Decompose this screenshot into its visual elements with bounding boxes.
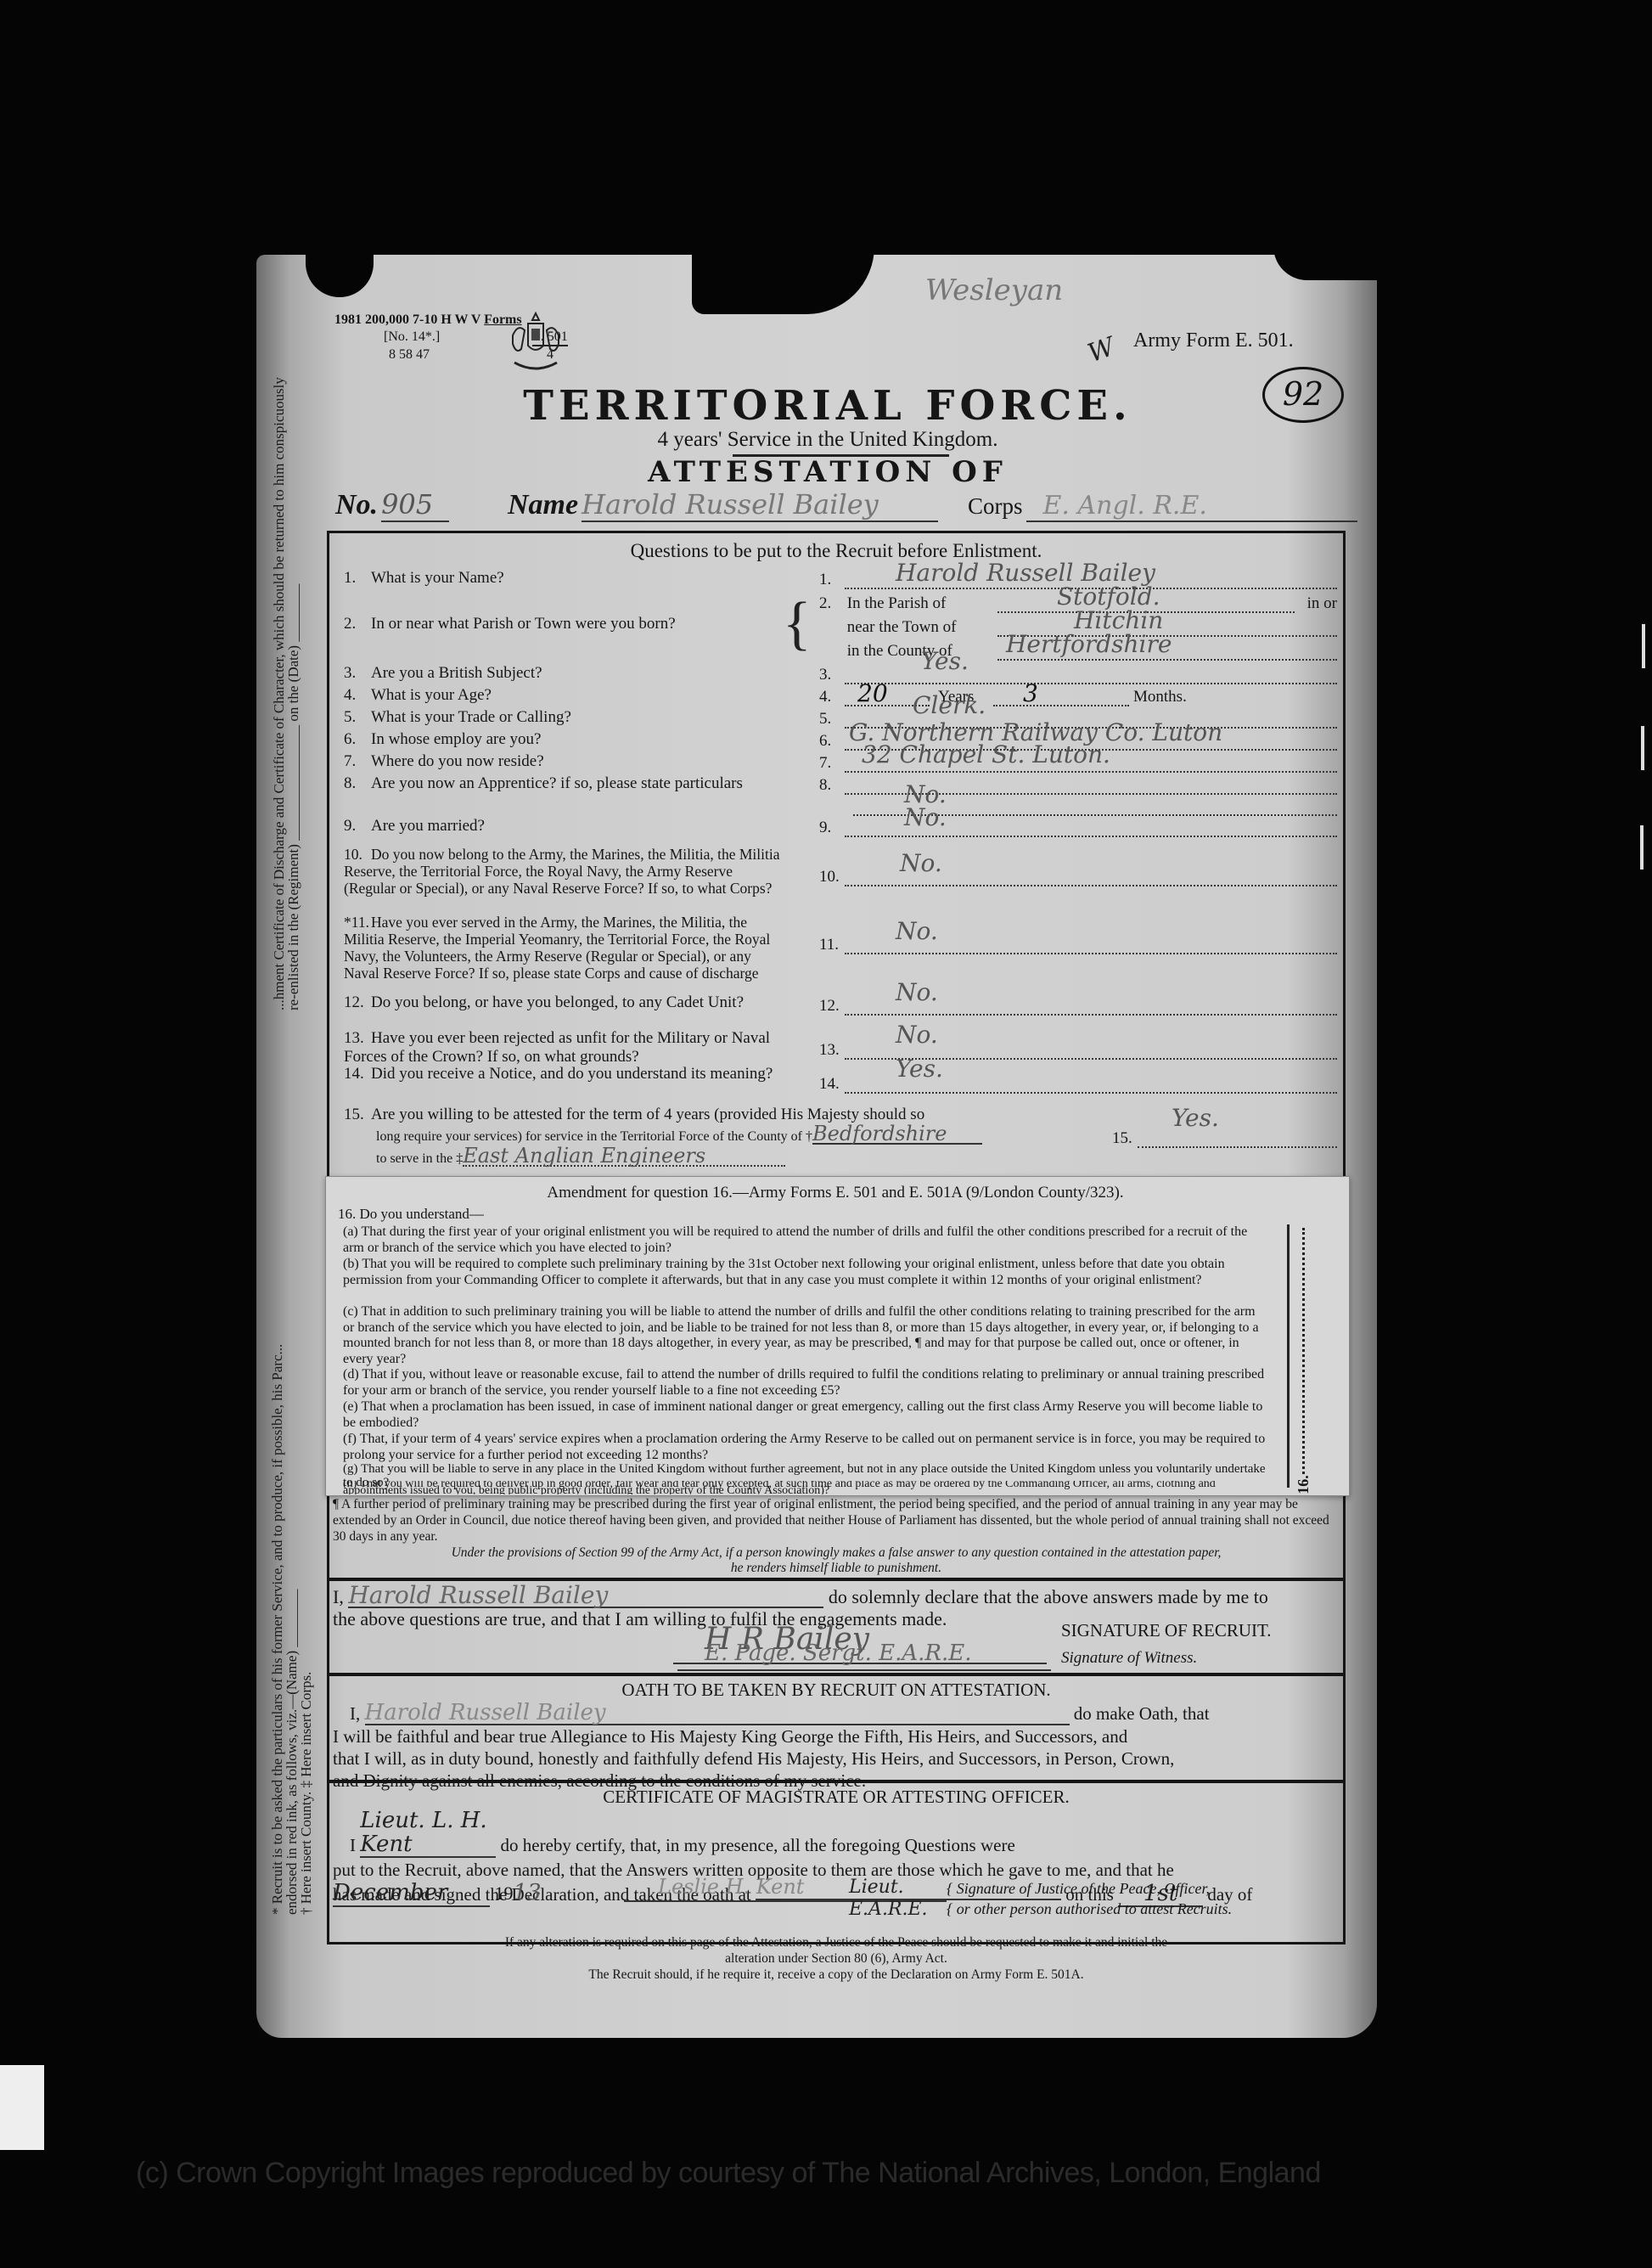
- section-rule: [327, 1780, 1346, 1783]
- copyright-watermark: (c) Crown Copyright Images reproduced by…: [136, 2157, 1321, 2190]
- amendment-item-a: (a) That during the first year of your o…: [343, 1224, 1268, 1256]
- oath-heading: OATH TO BE TAKEN BY RECRUIT ON ATTESTATI…: [327, 1680, 1346, 1701]
- question-10: 10.Do you now belong to the Army, the Ma…: [344, 846, 785, 897]
- oath-text: I, Harold Russell Bailey do make Oath, t…: [333, 1702, 1339, 1792]
- scan-marker: [1642, 624, 1645, 668]
- answer-12: 12.No.: [819, 997, 1337, 1016]
- question-7: 7.Where do you now reside?: [344, 752, 785, 771]
- print-code: 1981 200,000 7-10 H W V Forms: [334, 312, 522, 328]
- question-8: 8.Are you now an Apprentice? if so, plea…: [344, 774, 785, 793]
- amendment-dotted-answer: [1302, 1228, 1305, 1474]
- form-subtitle: 4 years' Service in the United Kingdom.: [340, 428, 1316, 452]
- answer-7: 7.32 Chapel St. Luton.: [819, 754, 1337, 773]
- answer-3: 3.Yes.: [819, 666, 1337, 684]
- witness-signature-line: [677, 1669, 1051, 1671]
- torn-edge: [1273, 246, 1384, 280]
- footnote-paragraph: ¶ A further period of preliminary traini…: [333, 1496, 1339, 1545]
- false-answer-warning: Under the provisions of Section 99 of th…: [327, 1545, 1346, 1576]
- amendment-item-c: (c) That in addition to such preliminary…: [343, 1304, 1268, 1367]
- question-4: 4.What is your Age?: [344, 686, 785, 705]
- bottom-notes: If any alteration is required on this pa…: [327, 1934, 1346, 1983]
- print-date: 8 58 47: [389, 347, 430, 363]
- officer-signature: Leslie H. Kent: [658, 1875, 804, 1899]
- answer-2-county: in the County of Hertfordshire: [819, 642, 1337, 661]
- answer-10: 10.No.: [819, 868, 1337, 886]
- question-3: 3.Are you a British Subject?: [344, 664, 785, 683]
- amendment-heading: Amendment for question 16.—Army Forms E.…: [326, 1184, 1345, 1202]
- brace: {: [783, 594, 812, 654]
- question-2: 2.In or near what Parish or Town were yo…: [344, 615, 785, 633]
- certificate-heading: CERTIFICATE OF MAGISTRATE OR ATTESTING O…: [327, 1787, 1346, 1808]
- answer-4: 4. 20 Years 3 Months.: [819, 688, 1337, 706]
- calibration-tag: [0, 2065, 44, 2150]
- answer-15: 15. Yes.: [1112, 1129, 1337, 1148]
- form-title: TERRITORIAL FORCE.: [340, 382, 1316, 430]
- answer-11: 11.No.: [819, 936, 1337, 954]
- answer-9: 9.No.: [819, 819, 1337, 837]
- royal-coat-of-arms-icon: [509, 310, 562, 376]
- question-5: 5.What is your Trade or Calling?: [344, 708, 785, 727]
- margin-note-lower: * Recruit is to be asked the particulars…: [270, 1344, 313, 1915]
- question-13: 13.Have you ever been rejected as unfit …: [344, 1029, 785, 1066]
- margin-note-upper: ...hment Certificate of Discharge and Ce…: [272, 377, 301, 1010]
- amendment-item-f: (f) That, if your term of 4 years' servi…: [343, 1432, 1268, 1463]
- question-15: 15.Are you willing to be attested for th…: [344, 1106, 1108, 1168]
- question-1: 1.What is your Name?: [344, 569, 785, 588]
- question-9: 9.Are you married?: [344, 817, 785, 836]
- officer-signature-label: { Signature of Justice of the Peace, Off…: [947, 1878, 1232, 1919]
- scan-marker: [1641, 726, 1644, 770]
- witness-signature: E. Page. Sergt. E.A.R.E.: [705, 1641, 972, 1666]
- amendment-item-e: (e) That when a proclamation has been is…: [343, 1399, 1268, 1431]
- q16-intro: 16. Do you understand—: [338, 1206, 484, 1223]
- section-rule: [327, 1673, 1346, 1676]
- print-ref: [No. 14*.]: [384, 329, 440, 345]
- scan-marker: [1640, 825, 1644, 869]
- identity-name: Name Harold Russell Bailey: [508, 488, 938, 522]
- identity-number: No. 905: [335, 488, 449, 522]
- amendment-item-d: (d) That if you, without leave or reason…: [343, 1367, 1268, 1399]
- question-11: *11.Have you ever served in the Army, th…: [344, 914, 785, 982]
- officer-rank: Lieut. E.A.R.E.: [849, 1877, 951, 1921]
- witness-signature-label: Signature of Witness.: [1061, 1649, 1197, 1668]
- amendment-item-h: (h) That you will be required to deliver…: [343, 1481, 1268, 1494]
- answer-8: 8.No.: [819, 776, 1337, 795]
- question-12: 12.Do you belong, or have you belonged, …: [344, 993, 785, 1012]
- recruit-signature-label: SIGNATURE OF RECRUIT.: [1061, 1620, 1272, 1641]
- question-6: 6.In whose employ are you?: [344, 730, 785, 749]
- attestation-title: ATTESTATION OF: [340, 455, 1316, 489]
- army-form-number: Army Form E. 501.: [1133, 329, 1294, 352]
- question-14: 14.Did you receive a Notice, and do you …: [344, 1065, 785, 1083]
- certificate-date: December 1913: [333, 1880, 542, 1907]
- questions-heading: Questions to be put to the Recruit befor…: [327, 540, 1346, 562]
- annotation-top: Wesleyan: [925, 273, 1063, 307]
- answer-14: 14.Yes.: [819, 1075, 1337, 1094]
- amendment-brace: [1284, 1224, 1290, 1488]
- identity-corps: Corps E. Angl. R.E.: [968, 491, 1357, 522]
- amendment-slip: Amendment for question 16.—Army Forms E.…: [325, 1176, 1350, 1496]
- amendment-side-label: 16.: [1295, 1475, 1312, 1494]
- amendment-item-b: (b) That you will be required to complet…: [343, 1257, 1268, 1288]
